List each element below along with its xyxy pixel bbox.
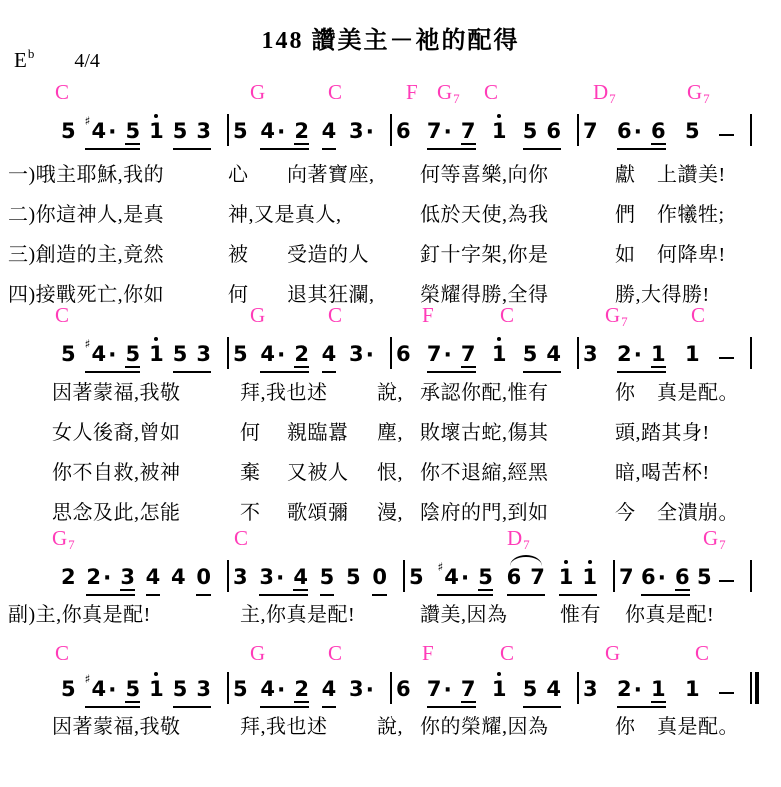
- note-number: 5: [697, 567, 712, 591]
- note-body: 1: [149, 344, 164, 368]
- note-number: 3: [196, 121, 211, 145]
- barline: [750, 672, 752, 704]
- chord-symbol: D7: [507, 526, 530, 553]
- beam-group: 4·2: [260, 679, 309, 708]
- lyric-segment: 何等喜樂,向你: [420, 158, 549, 187]
- note-token: 6: [396, 679, 411, 708]
- lyric-segment: 拜,我也述: [240, 376, 328, 405]
- chord-row-3: G7CD7G7: [0, 526, 781, 550]
- note-token: 5: [685, 121, 700, 150]
- note-number: 2: [294, 121, 309, 145]
- lyric-segment: 副)主,你真是配!: [8, 598, 151, 627]
- note-body: 6: [651, 121, 666, 145]
- note-body: 4: [171, 567, 186, 591]
- chord-symbol: C: [484, 80, 498, 105]
- note-body: 6: [546, 121, 561, 145]
- note-body: 4: [322, 121, 337, 145]
- chord-symbol: C: [55, 303, 69, 328]
- note: ♯4·: [437, 567, 469, 591]
- rest-token: [719, 357, 734, 374]
- octave-dot-icon: [154, 114, 158, 118]
- note: 0: [372, 567, 387, 591]
- note: 1: [492, 679, 507, 703]
- note-number: 6: [507, 567, 522, 591]
- song-title: 148 讚美主－祂的配得: [0, 20, 781, 55]
- note-body: 6: [675, 567, 690, 591]
- note-number: 4: [260, 121, 275, 145]
- chord-symbol: C: [500, 303, 514, 328]
- note-body: 1: [651, 679, 666, 703]
- note-number: 3: [120, 567, 135, 591]
- note-number: 4: [91, 679, 106, 703]
- note: 5: [409, 567, 424, 591]
- dash-icon: [719, 134, 734, 137]
- note-number: 5: [409, 567, 424, 591]
- note-body: 2: [294, 121, 309, 145]
- note-token: 3·: [349, 121, 374, 150]
- chord-row-1: CGCFG7CD7G7: [0, 80, 781, 104]
- note-body: 5: [523, 121, 538, 145]
- barline: [613, 560, 615, 592]
- note-number: 3: [583, 344, 598, 368]
- measure: 67·7156: [396, 112, 561, 150]
- note-body: 7: [427, 679, 442, 703]
- note: 4: [293, 567, 308, 591]
- note-body: 5: [233, 344, 248, 368]
- augmentation-dot: ·: [108, 122, 116, 144]
- note-number: 1: [149, 679, 164, 703]
- note-body: 3: [349, 344, 364, 368]
- note: 7: [583, 121, 598, 145]
- note-body: 0: [372, 567, 387, 591]
- note-number: 7: [461, 121, 476, 145]
- lyric-segment: 暗,喝苦杯!: [615, 456, 710, 485]
- note-token: 1: [149, 679, 164, 708]
- lyric-segment: 女人後裔,曾如: [52, 416, 181, 445]
- note-body: 3: [583, 679, 598, 703]
- lyric-segment: 上讚美!: [657, 158, 726, 187]
- note-token: 1: [149, 344, 164, 373]
- note-body: 3: [233, 567, 248, 591]
- note-number: 5: [125, 344, 140, 368]
- note-body: 3: [259, 567, 274, 591]
- note-body: 5: [320, 567, 335, 591]
- lyric-segment: 因著蒙福,我敬: [52, 710, 181, 739]
- beam-group: ♯4·5: [85, 121, 140, 150]
- chord-row-2: CGCFCG7C: [0, 303, 781, 327]
- beam-group: 0: [196, 567, 211, 596]
- sheet-page: 148 讚美主－祂的配得 Eb4/4 CGCFG7CD7G75♯4·515354…: [0, 0, 781, 787]
- barline: [577, 114, 579, 146]
- note-token: 4: [171, 567, 186, 596]
- note: 7: [461, 679, 476, 703]
- note-number: 6: [641, 567, 656, 591]
- note: ♯4·: [85, 679, 117, 703]
- beam-group: 56: [523, 121, 561, 150]
- lyric-segment: 因著蒙福,我敬: [52, 376, 181, 405]
- note-number: 6: [546, 121, 561, 145]
- beam-group: 7·7: [427, 121, 476, 150]
- note-number: 3: [259, 567, 274, 591]
- lyrics-row: 因著蒙福,我敬拜,我也述說,承認你配,惟有你真是配。: [0, 376, 781, 406]
- note-number: 3: [196, 344, 211, 368]
- beam-group: 4·2: [260, 344, 309, 373]
- note-body: 2: [294, 679, 309, 703]
- octave-dot-icon: [564, 560, 568, 564]
- beam-group: 7·7: [427, 344, 476, 373]
- note-body: 7: [427, 344, 442, 368]
- measure: 5♯4·5153: [61, 112, 211, 150]
- note: 4·: [260, 344, 285, 368]
- augmentation-dot: ·: [634, 122, 642, 144]
- chord-symbol: G7: [703, 526, 726, 553]
- note: 2: [294, 121, 309, 145]
- rest-token: [719, 692, 734, 709]
- chord-symbol: C: [328, 80, 342, 105]
- note-body: 5: [125, 679, 140, 703]
- octave-dot-icon: [497, 337, 501, 341]
- chord-symbol: C: [695, 641, 709, 666]
- note: 5: [346, 567, 361, 591]
- lyric-segment: 恨,: [377, 456, 403, 485]
- note-token: 5: [233, 344, 248, 373]
- measure: 5♯4·56711: [409, 558, 597, 596]
- note: 5: [125, 344, 140, 368]
- note-body: 6: [396, 679, 411, 703]
- chord-seventh: 7: [453, 91, 460, 106]
- note-body: 5: [409, 567, 424, 591]
- note-number: 1: [492, 344, 507, 368]
- note-number: 2: [294, 344, 309, 368]
- note: 5: [61, 679, 76, 703]
- note-number: 5: [685, 121, 700, 145]
- lyrics-row: 因著蒙福,我敬拜,我也述說,你的榮耀,因為你真是配。: [0, 710, 781, 740]
- chord-symbol: F: [422, 641, 434, 666]
- lyric-segment: 親臨囂: [287, 416, 349, 445]
- note-number: 0: [372, 567, 387, 591]
- lyric-segment: 二)你這神人,是真: [8, 198, 164, 227]
- note-body: 1: [685, 344, 700, 368]
- note-token: 5: [61, 679, 76, 708]
- note: 1: [651, 344, 666, 368]
- final-barline: [755, 672, 759, 704]
- measure: 76·65: [619, 558, 734, 596]
- note-body: 5: [125, 121, 140, 145]
- lyric-segment: 說,: [377, 710, 403, 739]
- lyric-segment: 你: [615, 710, 636, 739]
- augmentation-dot: ·: [444, 122, 452, 144]
- note-body: 0: [196, 567, 211, 591]
- note: 4·: [260, 679, 285, 703]
- lyric-segment: 歌頌彌: [287, 496, 349, 525]
- note-body: 4: [91, 679, 106, 703]
- beam-group: 6·6: [617, 121, 666, 150]
- augmentation-dot: ·: [108, 680, 116, 702]
- octave-dot-icon: [497, 672, 501, 676]
- note-body: 5: [697, 567, 712, 591]
- lyric-segment: 真是配。: [657, 710, 739, 739]
- note-body: 5: [61, 344, 76, 368]
- note: 3: [196, 121, 211, 145]
- note: 1: [582, 567, 597, 591]
- beam-group: 4: [146, 567, 161, 596]
- note: 3·: [349, 121, 374, 145]
- note-body: 6: [507, 567, 522, 591]
- note-token: 1: [685, 679, 700, 708]
- chord-seventh: 7: [68, 537, 75, 552]
- sharp-icon: ♯: [85, 673, 91, 685]
- lyrics-row: 一)哦主耶穌,我的心向著寶座,何等喜樂,向你獻上讚美!: [0, 158, 781, 188]
- sharp-icon: ♯: [85, 338, 91, 350]
- note: 5: [233, 344, 248, 368]
- barline: [577, 672, 579, 704]
- beam-group: 3·4: [259, 567, 308, 596]
- note-body: 3: [120, 567, 135, 591]
- note: 2·: [617, 679, 642, 703]
- note-body: 5: [173, 679, 188, 703]
- note-number: 5: [478, 567, 493, 591]
- note-number: 1: [149, 344, 164, 368]
- music-line-4: 5♯4·515354·243·67·715432·11: [0, 664, 781, 710]
- note: 3·: [349, 344, 374, 368]
- note-token: 6: [396, 121, 411, 150]
- note-number: 2: [61, 567, 76, 591]
- dash-icon: [719, 357, 734, 360]
- note-body: 6: [617, 121, 632, 145]
- beam-group: 2·1: [617, 679, 666, 708]
- barline: [750, 114, 752, 146]
- measure: 32·11: [583, 335, 734, 373]
- note: 5: [697, 567, 712, 591]
- note: 6: [546, 121, 561, 145]
- note-number: 7: [461, 344, 476, 368]
- note-body: 1: [685, 679, 700, 703]
- beam-group: 2·1: [617, 344, 666, 373]
- note-body: 5: [125, 344, 140, 368]
- note-number: 7: [427, 344, 442, 368]
- beam-group: 6·6: [641, 567, 690, 596]
- lyric-segment: 漫,: [377, 496, 403, 525]
- note: 2: [294, 679, 309, 703]
- note-token: 6: [396, 344, 411, 373]
- note-body: 7: [619, 567, 634, 591]
- augmentation-dot: ·: [461, 568, 469, 590]
- chord-symbol: G7: [605, 303, 628, 330]
- beam-group: 7·7: [427, 679, 476, 708]
- beam-group: 53: [173, 679, 211, 708]
- note-body: 7: [427, 121, 442, 145]
- chord-symbol: G: [250, 303, 265, 328]
- note-token: 1: [492, 121, 507, 150]
- note: 5: [233, 121, 248, 145]
- time-signature: 4/4: [74, 50, 100, 72]
- note-body: 5: [523, 679, 538, 703]
- note-token: 3: [583, 344, 598, 373]
- measure: 54·243·: [233, 112, 374, 150]
- note-body: 1: [559, 567, 574, 591]
- note: 4: [171, 567, 186, 591]
- note: 5: [685, 121, 700, 145]
- dash-icon: [719, 692, 734, 695]
- sharp-icon: ♯: [85, 115, 91, 127]
- note-body: 5: [61, 679, 76, 703]
- note: 5: [61, 121, 76, 145]
- lyrics-row: 三)創造的主,竟然被受造的人釘十字架,你是如何降卑!: [0, 238, 781, 268]
- note-number: 4: [546, 679, 561, 703]
- lyric-segment: 塵,: [377, 416, 403, 445]
- lyrics-row: 思念及此,怎能不歌頌彌漫,陰府的門,到如今全潰崩。: [0, 496, 781, 526]
- lyric-segment: 被: [228, 238, 249, 267]
- note-number: 7: [427, 679, 442, 703]
- note: 3·: [349, 679, 374, 703]
- note: 6: [675, 567, 690, 591]
- note: 7·: [427, 344, 452, 368]
- note-number: 5: [523, 679, 538, 703]
- chord-symbol: F: [422, 303, 434, 328]
- note-number: 3: [349, 679, 364, 703]
- note-body: 4: [444, 567, 459, 591]
- beam-group: 5: [320, 567, 335, 596]
- note-body: 4: [91, 344, 106, 368]
- note-body: 1: [149, 679, 164, 703]
- note-number: 5: [61, 121, 76, 145]
- note-body: 1: [651, 344, 666, 368]
- lyrics-row: 副)主,你真是配!主,你真是配!讚美,因為惟有你真是配!: [0, 598, 781, 628]
- note: 1: [559, 567, 574, 591]
- note-body: 5: [478, 567, 493, 591]
- lyric-segment: 全潰崩。: [657, 496, 739, 525]
- augmentation-dot: ·: [277, 680, 285, 702]
- note-number: 4: [91, 344, 106, 368]
- rest-token: [719, 580, 734, 597]
- note-body: 1: [492, 121, 507, 145]
- measure: 33·4550: [233, 558, 387, 596]
- note-body: 4: [146, 567, 161, 591]
- note-number: 7: [619, 567, 634, 591]
- note-number: 5: [61, 679, 76, 703]
- lyric-segment: 何: [240, 416, 261, 445]
- note-number: 5: [233, 344, 248, 368]
- note: 6: [651, 121, 666, 145]
- lyrics-row: 二)你這神人,是真神,又是真人,低於天使,為我們作犧牲;: [0, 198, 781, 228]
- note: 6: [396, 344, 411, 368]
- note: 4: [546, 679, 561, 703]
- chord-symbol: G: [605, 641, 620, 666]
- lyric-segment: 不: [240, 496, 261, 525]
- beam-group: ♯4·5: [437, 567, 492, 596]
- barline: [750, 337, 752, 369]
- note-number: 4: [260, 344, 275, 368]
- note-number: 3: [349, 344, 364, 368]
- note-number: 3: [233, 567, 248, 591]
- note: 2: [61, 567, 76, 591]
- note: 4·: [260, 121, 285, 145]
- lyric-segment: 惟有: [560, 598, 601, 627]
- note: 3·: [259, 567, 284, 591]
- note: 4: [146, 567, 161, 591]
- note-body: 1: [149, 121, 164, 145]
- note-number: 5: [523, 344, 538, 368]
- note-body: 5: [61, 121, 76, 145]
- note: 3: [120, 567, 135, 591]
- lyric-segment: 向著寶座,: [287, 158, 375, 187]
- note-body: 2: [61, 567, 76, 591]
- note-number: 2: [617, 679, 632, 703]
- note-token: 1: [492, 679, 507, 708]
- note-number: 5: [523, 121, 538, 145]
- chord-seventh: 7: [719, 537, 726, 552]
- note: 6·: [641, 567, 666, 591]
- beam-group: 2·3: [86, 567, 135, 596]
- augmentation-dot: ·: [276, 568, 284, 590]
- lyric-segment: 主,你真是配!: [240, 598, 355, 627]
- note-token: 1: [685, 344, 700, 373]
- measure: 22·3440: [61, 558, 211, 596]
- note: 6·: [617, 121, 642, 145]
- chord-seventh: 7: [523, 537, 530, 552]
- note-number: 1: [651, 344, 666, 368]
- note-body: 7: [461, 121, 476, 145]
- note-number: 5: [320, 567, 335, 591]
- lyric-segment: 作犧牲;: [657, 198, 725, 227]
- note: 7: [530, 567, 545, 591]
- measure: 67·7154: [396, 335, 561, 373]
- note-body: 7: [530, 567, 545, 591]
- note-number: 4: [260, 679, 275, 703]
- note-body: 4: [546, 344, 561, 368]
- note-number: 1: [492, 121, 507, 145]
- lyric-segment: 獻: [615, 158, 636, 187]
- barline: [390, 672, 392, 704]
- lyric-segment: 又被人: [287, 456, 349, 485]
- lyric-segment: 你: [615, 376, 636, 405]
- beam-group: 0: [372, 567, 387, 596]
- note-body: 4: [546, 679, 561, 703]
- lyric-segment: 心: [228, 158, 249, 187]
- note-body: 3: [349, 121, 364, 145]
- lyric-segment: 你不自救,被神: [52, 456, 181, 485]
- note-body: 4: [322, 679, 337, 703]
- note: 6: [507, 567, 522, 591]
- note: 5: [523, 679, 538, 703]
- note-body: 5: [173, 344, 188, 368]
- note-body: 4: [260, 344, 275, 368]
- note-body: 3: [583, 344, 598, 368]
- note-body: 7: [461, 679, 476, 703]
- beam-group: 54: [523, 679, 561, 708]
- note-body: 5: [685, 121, 700, 145]
- note-number: 4: [322, 679, 337, 703]
- lyric-segment: 拜,我也述: [240, 710, 328, 739]
- note: 5: [233, 679, 248, 703]
- note-body: 1: [582, 567, 597, 591]
- beam-group: ♯4·5: [85, 344, 140, 373]
- lyric-segment: 受造的人: [287, 238, 369, 267]
- note-body: 5: [173, 121, 188, 145]
- note-number: 4: [293, 567, 308, 591]
- chord-symbol: G7: [437, 80, 460, 107]
- note-body: 7: [583, 121, 598, 145]
- lyric-segment: 真是配。: [657, 376, 739, 405]
- key-note: E: [14, 48, 27, 72]
- note: 7·: [427, 679, 452, 703]
- note-number: 5: [61, 344, 76, 368]
- measure: 5♯4·5153: [61, 335, 211, 373]
- chord-seventh: 7: [621, 314, 628, 329]
- barline: [227, 337, 229, 369]
- note: ♯4·: [85, 344, 117, 368]
- note: 1: [651, 679, 666, 703]
